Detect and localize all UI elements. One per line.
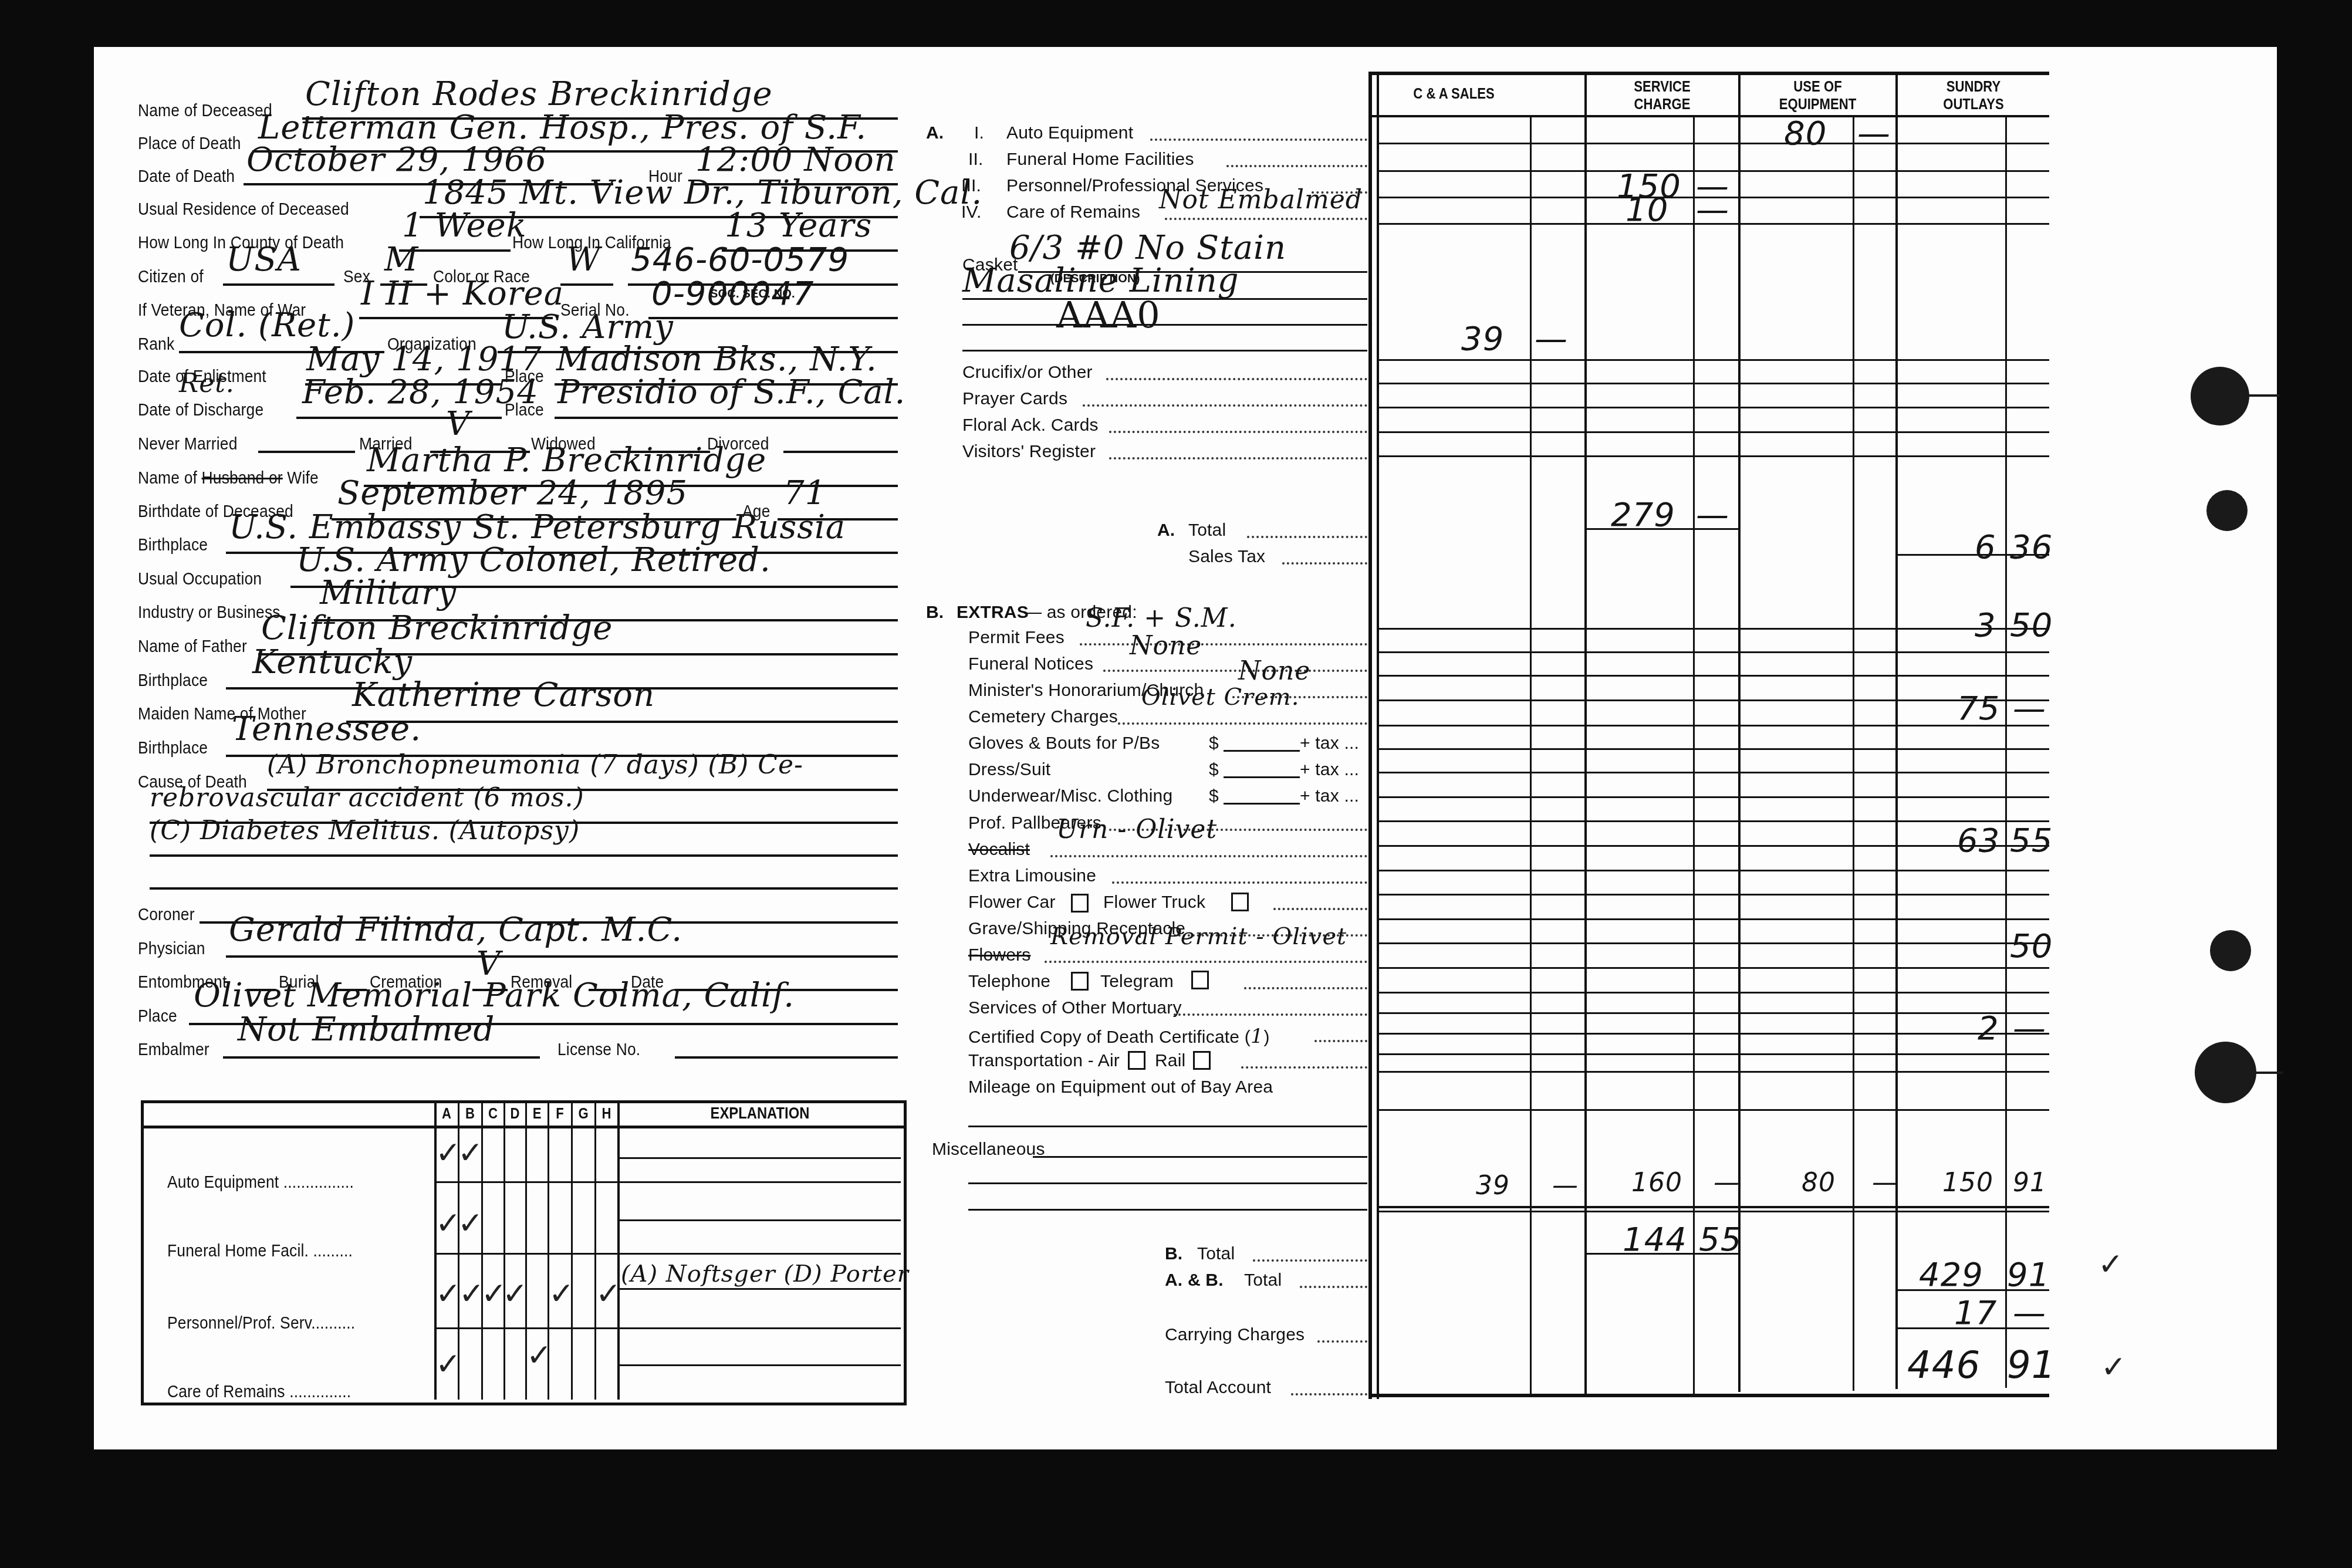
leader-dots xyxy=(1080,643,1367,646)
b-total-label: Total xyxy=(1197,1244,1235,1264)
total-account-checkmark: ✓ xyxy=(2101,1350,2127,1385)
col-divider xyxy=(571,1101,573,1400)
leader-dots xyxy=(1045,961,1367,963)
item-flower-truck: Flower Truck xyxy=(1103,893,1205,913)
ledger-header-rule xyxy=(1368,115,2049,117)
section-a-letter: A. xyxy=(926,123,944,143)
field-line xyxy=(223,283,334,286)
label-mother-birthplace: Birthplace xyxy=(138,738,208,758)
entry-sales-tax-dollars: 6 xyxy=(1975,528,1996,566)
entry-auto-equipment-cents: — xyxy=(1857,114,1891,153)
leader-dots xyxy=(1165,218,1367,220)
leader-dots xyxy=(1282,562,1367,565)
field-line xyxy=(346,721,898,723)
checkbox-telegram[interactable] xyxy=(1191,971,1209,989)
row-rule xyxy=(1377,772,2049,773)
row-rule xyxy=(1377,431,2049,433)
leader-dots xyxy=(1314,1040,1367,1042)
row-rule xyxy=(1377,1109,2049,1111)
entry-cemetery-dollars: 75 xyxy=(1957,690,2000,728)
subtotal-service-dollars: 160 xyxy=(1631,1168,1682,1198)
col-divider xyxy=(503,1101,505,1400)
checkbox-flower-car[interactable] xyxy=(1071,894,1089,913)
field-line xyxy=(648,317,898,319)
label-occupation: Usual Occupation xyxy=(138,569,262,589)
label-name: Name of Deceased xyxy=(138,101,272,121)
col-divider xyxy=(594,1101,596,1400)
value-cause-line1: (A) Bronchopneumonia (7 days) (B) Ce- xyxy=(267,750,803,780)
field-line xyxy=(1224,803,1300,805)
entry-cemetery-cents: — xyxy=(2013,690,2046,728)
leader-dots xyxy=(1174,1013,1367,1016)
check-pers-d: ✓ xyxy=(502,1276,528,1312)
ab-total-label: Total xyxy=(1244,1270,1282,1290)
col-header-d: D xyxy=(506,1104,524,1122)
check-auto-b: ✓ xyxy=(458,1136,484,1171)
entry-remains-dollars: 10 xyxy=(1626,191,1668,229)
entry-casket-dollars: 39 xyxy=(1461,320,1504,358)
value-mother: Katherine Carson xyxy=(352,676,655,714)
value-race: W xyxy=(566,241,601,279)
subtotal-rule-1 xyxy=(1377,1206,2049,1208)
dollar-dress: $ xyxy=(1209,760,1219,780)
ab-total-dollars: 429 xyxy=(1919,1256,1983,1294)
value-disposition-place: Olivet Memorial Park Colma, Calif. xyxy=(194,976,795,1015)
certified-copy-label: Certified Copy of Death Certificate ( xyxy=(968,1028,1251,1047)
carrying-label: Carrying Charges xyxy=(1165,1325,1305,1345)
ledger-top-border xyxy=(1368,72,2049,75)
value-cause-line2: rebrovascular accident (6 mos.) xyxy=(150,783,584,813)
section-b-letter: B. xyxy=(926,603,944,623)
b-total-dollars: 144 xyxy=(1623,1221,1687,1259)
label-place-of-death: Place of Death xyxy=(138,134,241,154)
leader-dots xyxy=(1300,1286,1367,1288)
field-line xyxy=(223,1056,540,1059)
value-mother-birthplace: Tennessee. xyxy=(232,710,421,748)
field-line xyxy=(1033,1156,1367,1158)
value-discharge-place: Presidio of S.F., Cal. xyxy=(557,373,905,411)
field-line xyxy=(258,451,355,453)
binder-hole-1 xyxy=(2191,367,2249,425)
row-rule xyxy=(1377,796,2049,798)
col-header-explanation: EXPLANATION xyxy=(640,1104,880,1122)
field-line xyxy=(968,1209,1367,1211)
field-line xyxy=(962,350,1367,352)
entry-a-total-dollars: 279 xyxy=(1611,496,1675,534)
background-edge xyxy=(2277,47,2352,1455)
value-age: 71 xyxy=(783,474,826,512)
item-transportation: Transportation - Air xyxy=(968,1051,1120,1071)
field-line xyxy=(150,854,898,857)
note-permit-fees: S.F. + S.M. xyxy=(1086,603,1237,633)
entry-vocalist-dollars: 63 xyxy=(1957,822,2000,860)
checkbox-telephone[interactable] xyxy=(1071,972,1089,991)
leader-dots xyxy=(1083,404,1367,407)
col-header-b: B xyxy=(461,1104,479,1122)
carrying-cents: — xyxy=(2013,1294,2046,1332)
label-date-of-death: Date of Death xyxy=(138,167,235,187)
item-permit-fees: Permit Fees xyxy=(968,628,1065,648)
row-rule xyxy=(434,1253,901,1255)
label-citizen: Citizen of xyxy=(138,267,204,287)
note-cemetery: Olivet Crem. xyxy=(1141,684,1299,711)
field-line xyxy=(296,417,502,419)
value-embalmer: Not Embalmed xyxy=(238,1011,495,1049)
item-floral-cards: Floral Ack. Cards xyxy=(962,415,1099,435)
row-rule xyxy=(1377,359,2049,361)
item-auto-equipment: Auto Equipment xyxy=(1006,123,1133,143)
col-divider xyxy=(617,1101,620,1400)
leader-dots xyxy=(1109,457,1367,459)
row-rule xyxy=(1377,894,2049,895)
field-line xyxy=(555,417,898,419)
ledger-left-border xyxy=(1368,72,1372,1399)
entry-remains-cents: — xyxy=(1696,191,1729,229)
value-sex: M xyxy=(384,241,418,279)
subtotal-rule-2 xyxy=(1377,1211,2049,1212)
expl-rule xyxy=(619,1157,901,1159)
discharge-label-text: Date of Discharge xyxy=(138,400,263,420)
carrying-dollars: 17 xyxy=(1954,1294,1997,1332)
item-facilities: Funeral Home Facilities xyxy=(1006,150,1194,170)
item-flowers-struck: Flowers xyxy=(968,945,1030,965)
ledger-left-inner xyxy=(1377,72,1379,1399)
label-father-birthplace: Birthplace xyxy=(138,671,208,691)
leader-dots xyxy=(1291,1393,1367,1395)
value-name: Clifton Rodes Breckinridge xyxy=(305,75,773,113)
check-remains-a: ✓ xyxy=(435,1347,461,1382)
total-account-cents: 91 xyxy=(2007,1344,2056,1387)
note-removal-permit: Removal Permit - Olivet xyxy=(1050,923,1347,950)
item-mileage: Mileage on Equipment out of Bay Area xyxy=(968,1077,1273,1097)
row-rule xyxy=(1377,845,2049,847)
item-iii-num: III. xyxy=(961,176,981,196)
row-rule xyxy=(1377,725,2049,726)
total-account-label: Total Account xyxy=(1165,1378,1271,1398)
header-service-charge: SERVICE CHARGE xyxy=(1599,77,1726,113)
hole-tear-2 xyxy=(2253,1072,2283,1074)
row-rule xyxy=(1377,143,2049,144)
certified-copy-count: 1 xyxy=(1251,1025,1264,1048)
check-remains-e: ✓ xyxy=(526,1338,552,1373)
expl-rule xyxy=(619,1219,901,1221)
row-rule xyxy=(1377,455,2049,457)
subtotal-equipment-cents: — xyxy=(1872,1168,1898,1198)
entry-permit-dollars: 3 xyxy=(1975,606,1996,644)
entry-sales-tax-cents: 36 xyxy=(2010,528,2053,566)
row-rule xyxy=(1377,918,2049,920)
service-divider xyxy=(1584,72,1587,1395)
label-father: Name of Father xyxy=(138,637,247,657)
certified-copy-label-end: ) xyxy=(1264,1028,1270,1047)
value-war: I II + Korea xyxy=(361,275,564,313)
col-header-g: G xyxy=(574,1104,593,1122)
subtotal-sundry-dollars: 150 xyxy=(1942,1168,1993,1198)
value-casket-line3: AAA0 xyxy=(1056,293,1161,336)
leader-dots xyxy=(1253,1259,1367,1262)
row-rule xyxy=(1377,1053,2049,1055)
header-use-of-equipment-text: USE OF EQUIPMENT xyxy=(1773,77,1863,113)
value-discharge-date: Feb. 28, 1954 xyxy=(302,373,539,411)
entry-certified-dollars: 2 xyxy=(1978,1009,1999,1047)
ab-total-letters: A. & B. xyxy=(1165,1270,1224,1290)
row-rule xyxy=(1377,820,2049,822)
header-ca-sales: C & A SALES xyxy=(1390,85,1518,102)
entry-certified-cents: — xyxy=(2013,1009,2046,1047)
header-sundry-outlays: SUNDRY OUTLAYS xyxy=(1909,77,2039,113)
ledger-bottom-border xyxy=(1368,1394,2049,1397)
label-spouse: Name of Husband or Wife xyxy=(138,468,319,488)
leader-dots xyxy=(1317,1340,1367,1343)
subtotal-ca-cents: — xyxy=(1552,1171,1579,1201)
tax-dress: + tax ... xyxy=(1300,760,1359,780)
item-visitors-register: Visitors' Register xyxy=(962,442,1096,462)
leader-dots xyxy=(1150,138,1367,141)
entry-a-total-cents: — xyxy=(1696,496,1729,534)
row-rule xyxy=(1377,407,2049,408)
checkbox-rail[interactable] xyxy=(1193,1051,1211,1070)
entry-casket-cents: — xyxy=(1535,320,1568,358)
field-line xyxy=(226,955,898,958)
value-cause-line3: (C) Diabetes Melitus. (Autopsy) xyxy=(150,816,580,846)
col-header-a: A xyxy=(437,1104,456,1122)
ab-total-checkmark: ✓ xyxy=(2098,1247,2124,1282)
leader-dots xyxy=(1241,1066,1367,1069)
item-flower-car: Flower Car xyxy=(968,893,1056,913)
binder-hole-2 xyxy=(2206,490,2248,531)
leader-dots xyxy=(1050,855,1367,857)
item-dress-suit: Dress/Suit xyxy=(968,760,1050,780)
note-urn-olivet: Urn - Olivet xyxy=(1056,815,1217,844)
check-facil-b: ✓ xyxy=(458,1206,484,1241)
label-discharge: Date of Discharge xyxy=(138,400,263,420)
leader-dots xyxy=(1112,881,1367,884)
label-embalmer: Embalmer xyxy=(138,1040,209,1060)
label-license: License No. xyxy=(557,1040,640,1060)
b-total-letter: B. xyxy=(1165,1244,1182,1264)
label-miscellaneous: Miscellaneous xyxy=(932,1140,1045,1160)
value-industry: Military xyxy=(320,574,457,612)
value-rank: Col. (Ret.) xyxy=(179,306,355,344)
row-rule xyxy=(1377,628,2049,630)
leader-dots xyxy=(1106,378,1367,380)
row-rule xyxy=(1377,1033,2049,1035)
item-rail: Rail xyxy=(1155,1051,1185,1071)
label-never-married: Never Married xyxy=(138,434,238,454)
item-extra-limousine: Extra Limousine xyxy=(968,866,1096,886)
checkbox-air[interactable] xyxy=(1128,1051,1145,1070)
total-account-dollars: 446 xyxy=(1907,1344,1981,1387)
row-rule xyxy=(1377,992,2049,993)
label-birthplace: Birthplace xyxy=(138,535,208,555)
field-line xyxy=(1224,776,1300,778)
check-pers-f: ✓ xyxy=(549,1276,575,1312)
check-pers-h: ✓ xyxy=(596,1276,621,1312)
row-rule xyxy=(1377,942,2049,944)
sundry-cents-divider xyxy=(2005,117,2007,1388)
sales-tax-label: Sales Tax xyxy=(1188,547,1265,567)
value-citizen: USA xyxy=(226,241,302,279)
row-rule xyxy=(434,1327,901,1329)
binder-hole-4 xyxy=(2195,1042,2256,1103)
leader-dots xyxy=(1273,908,1367,910)
value-county: 1 Week xyxy=(402,207,527,245)
row-rule xyxy=(1377,651,2049,653)
staff-row-facilities: Funeral Home Facil. ......... xyxy=(167,1241,353,1261)
field-line xyxy=(560,283,613,286)
subtotal-equipment-dollars: 80 xyxy=(1802,1168,1836,1198)
row-rule xyxy=(1377,870,2049,871)
row-rule xyxy=(1377,675,2049,677)
entry-permit-cents: 50 xyxy=(2010,606,2053,644)
section-b-title: EXTRAS xyxy=(957,603,1029,623)
leader-dots xyxy=(1226,165,1367,167)
tax-underwear: + tax ... xyxy=(1300,786,1359,806)
label-coroner: Coroner xyxy=(138,905,195,925)
row-rule xyxy=(1377,1071,2049,1073)
binder-hole-3 xyxy=(2210,930,2251,971)
dollar-underwear: $ xyxy=(1209,786,1219,806)
field-line xyxy=(1224,750,1300,752)
label-rank: Rank xyxy=(138,334,174,354)
item-telephone: Telephone xyxy=(968,972,1050,992)
item-ii-num: II. xyxy=(968,150,984,170)
item-i-num: I. xyxy=(974,123,984,143)
leader-dots xyxy=(1244,987,1367,989)
b-total-cents: 55 xyxy=(1699,1221,1742,1259)
item-underwear: Underwear/Misc. Clothing xyxy=(968,786,1172,806)
label-industry: Industry or Business xyxy=(138,603,281,623)
expl-rule xyxy=(619,1288,901,1290)
row-rule xyxy=(1377,1012,2049,1014)
spouse-label-suffix: Wife xyxy=(287,468,319,488)
col-header-h: H xyxy=(597,1104,616,1122)
item-crucifix: Crucifix/or Other xyxy=(962,363,1093,383)
field-line xyxy=(675,1056,898,1059)
field-line xyxy=(150,887,898,890)
row-rule xyxy=(1377,383,2049,384)
header-use-of-equipment: USE OF EQUIPMENT xyxy=(1752,77,1884,113)
staff-row-remains: Care of Remains .............. xyxy=(167,1382,351,1402)
label-residence: Usual Residence of Deceased xyxy=(138,200,349,219)
item-certified-copy: Certified Copy of Death Certificate (1) xyxy=(968,1025,1270,1048)
subtotal-sundry-cents: 91 xyxy=(2013,1168,2047,1198)
value-birthdate: September 24, 1895 xyxy=(337,474,688,512)
leader-dots xyxy=(1118,722,1367,725)
note-funeral-notices: None xyxy=(1130,631,1202,661)
col-header-e: E xyxy=(528,1104,546,1122)
row-rule xyxy=(1377,967,2049,969)
label-discharge-place: Place xyxy=(505,400,544,420)
entry-flowers-cents: 50 xyxy=(2010,927,2053,965)
item-care-of-remains: Care of Remains xyxy=(1006,202,1140,222)
col-header-c: C xyxy=(484,1104,502,1122)
leader-dots xyxy=(1103,670,1367,672)
item-iv-num: IV. xyxy=(961,202,982,222)
leader-dots xyxy=(1247,536,1367,538)
value-married-mark: V xyxy=(446,405,470,443)
note-minister: None xyxy=(1238,656,1310,686)
item-cemetery: Cemetery Charges xyxy=(968,707,1118,727)
item-gloves: Gloves & Bouts for P/Bs xyxy=(968,734,1160,753)
field-line xyxy=(783,451,898,453)
col-header-f: F xyxy=(550,1104,569,1122)
subtotal-ca-dollars: 39 xyxy=(1476,1171,1510,1201)
dollar-gloves: $ xyxy=(1209,734,1219,753)
leader-dots xyxy=(1109,431,1367,433)
item-other-mortuary: Services of Other Mortuary xyxy=(968,998,1182,1018)
tax-gloves: + tax ... xyxy=(1300,734,1359,753)
field-line xyxy=(968,1126,1367,1127)
staff-explanation-personnel: (A) Noftsger (D) Porter xyxy=(621,1261,909,1287)
value-california: 13 Years xyxy=(725,207,872,245)
staff-row-auto: Auto Equipment ................ xyxy=(167,1172,354,1192)
subtotal-service-cents: — xyxy=(1714,1168,1740,1198)
a-total-label: Total xyxy=(1188,521,1226,540)
row-rule xyxy=(1377,748,2049,750)
service-cents-divider xyxy=(1693,117,1695,1394)
staff-row-personnel: Personnel/Prof. Serv.......... xyxy=(167,1313,355,1333)
ab-total-cents: 91 xyxy=(2007,1256,2050,1294)
item-vocalist-struck: Vocalist xyxy=(968,840,1030,860)
a-total-letter: A. xyxy=(1157,521,1175,540)
note-not-embalmed: Not Embalmed xyxy=(1159,185,1363,215)
entry-vocalist-cents: 55 xyxy=(2010,822,2053,860)
hole-tear-1 xyxy=(2248,394,2280,397)
item-telegram: Telegram xyxy=(1100,972,1174,992)
staff-header-rule xyxy=(141,1126,904,1128)
item-prayer-cards: Prayer Cards xyxy=(962,389,1067,409)
row-rule xyxy=(1377,699,2049,701)
value-discharge-note: Ret. xyxy=(179,369,235,398)
expl-rule xyxy=(619,1364,901,1366)
check-pers-a: ✓ xyxy=(435,1276,461,1312)
item-funeral-notices: Funeral Notices xyxy=(968,654,1093,674)
value-ssn: 546-60-0579 xyxy=(631,241,849,279)
ca-cents-divider xyxy=(1530,117,1532,1394)
entry-auto-equipment-dollars: 80 xyxy=(1784,114,1827,153)
value-physician: Gerald Filinda, Capt. M.C. xyxy=(229,911,682,949)
spouse-label-struck: Husband or xyxy=(202,468,283,488)
value-serial: 0-900047 xyxy=(651,275,815,313)
row-rule xyxy=(434,1181,901,1183)
spouse-label-prefix: Name of xyxy=(138,468,197,488)
value-father: Clifton Breckinridge xyxy=(261,609,613,647)
label-place: Place xyxy=(138,1006,177,1026)
checkbox-flower-truck[interactable] xyxy=(1231,893,1249,911)
equipment-cents-divider xyxy=(1853,117,1854,1391)
label-physician: Physician xyxy=(138,939,205,959)
field-line xyxy=(968,1182,1367,1184)
field-line xyxy=(962,324,1367,326)
